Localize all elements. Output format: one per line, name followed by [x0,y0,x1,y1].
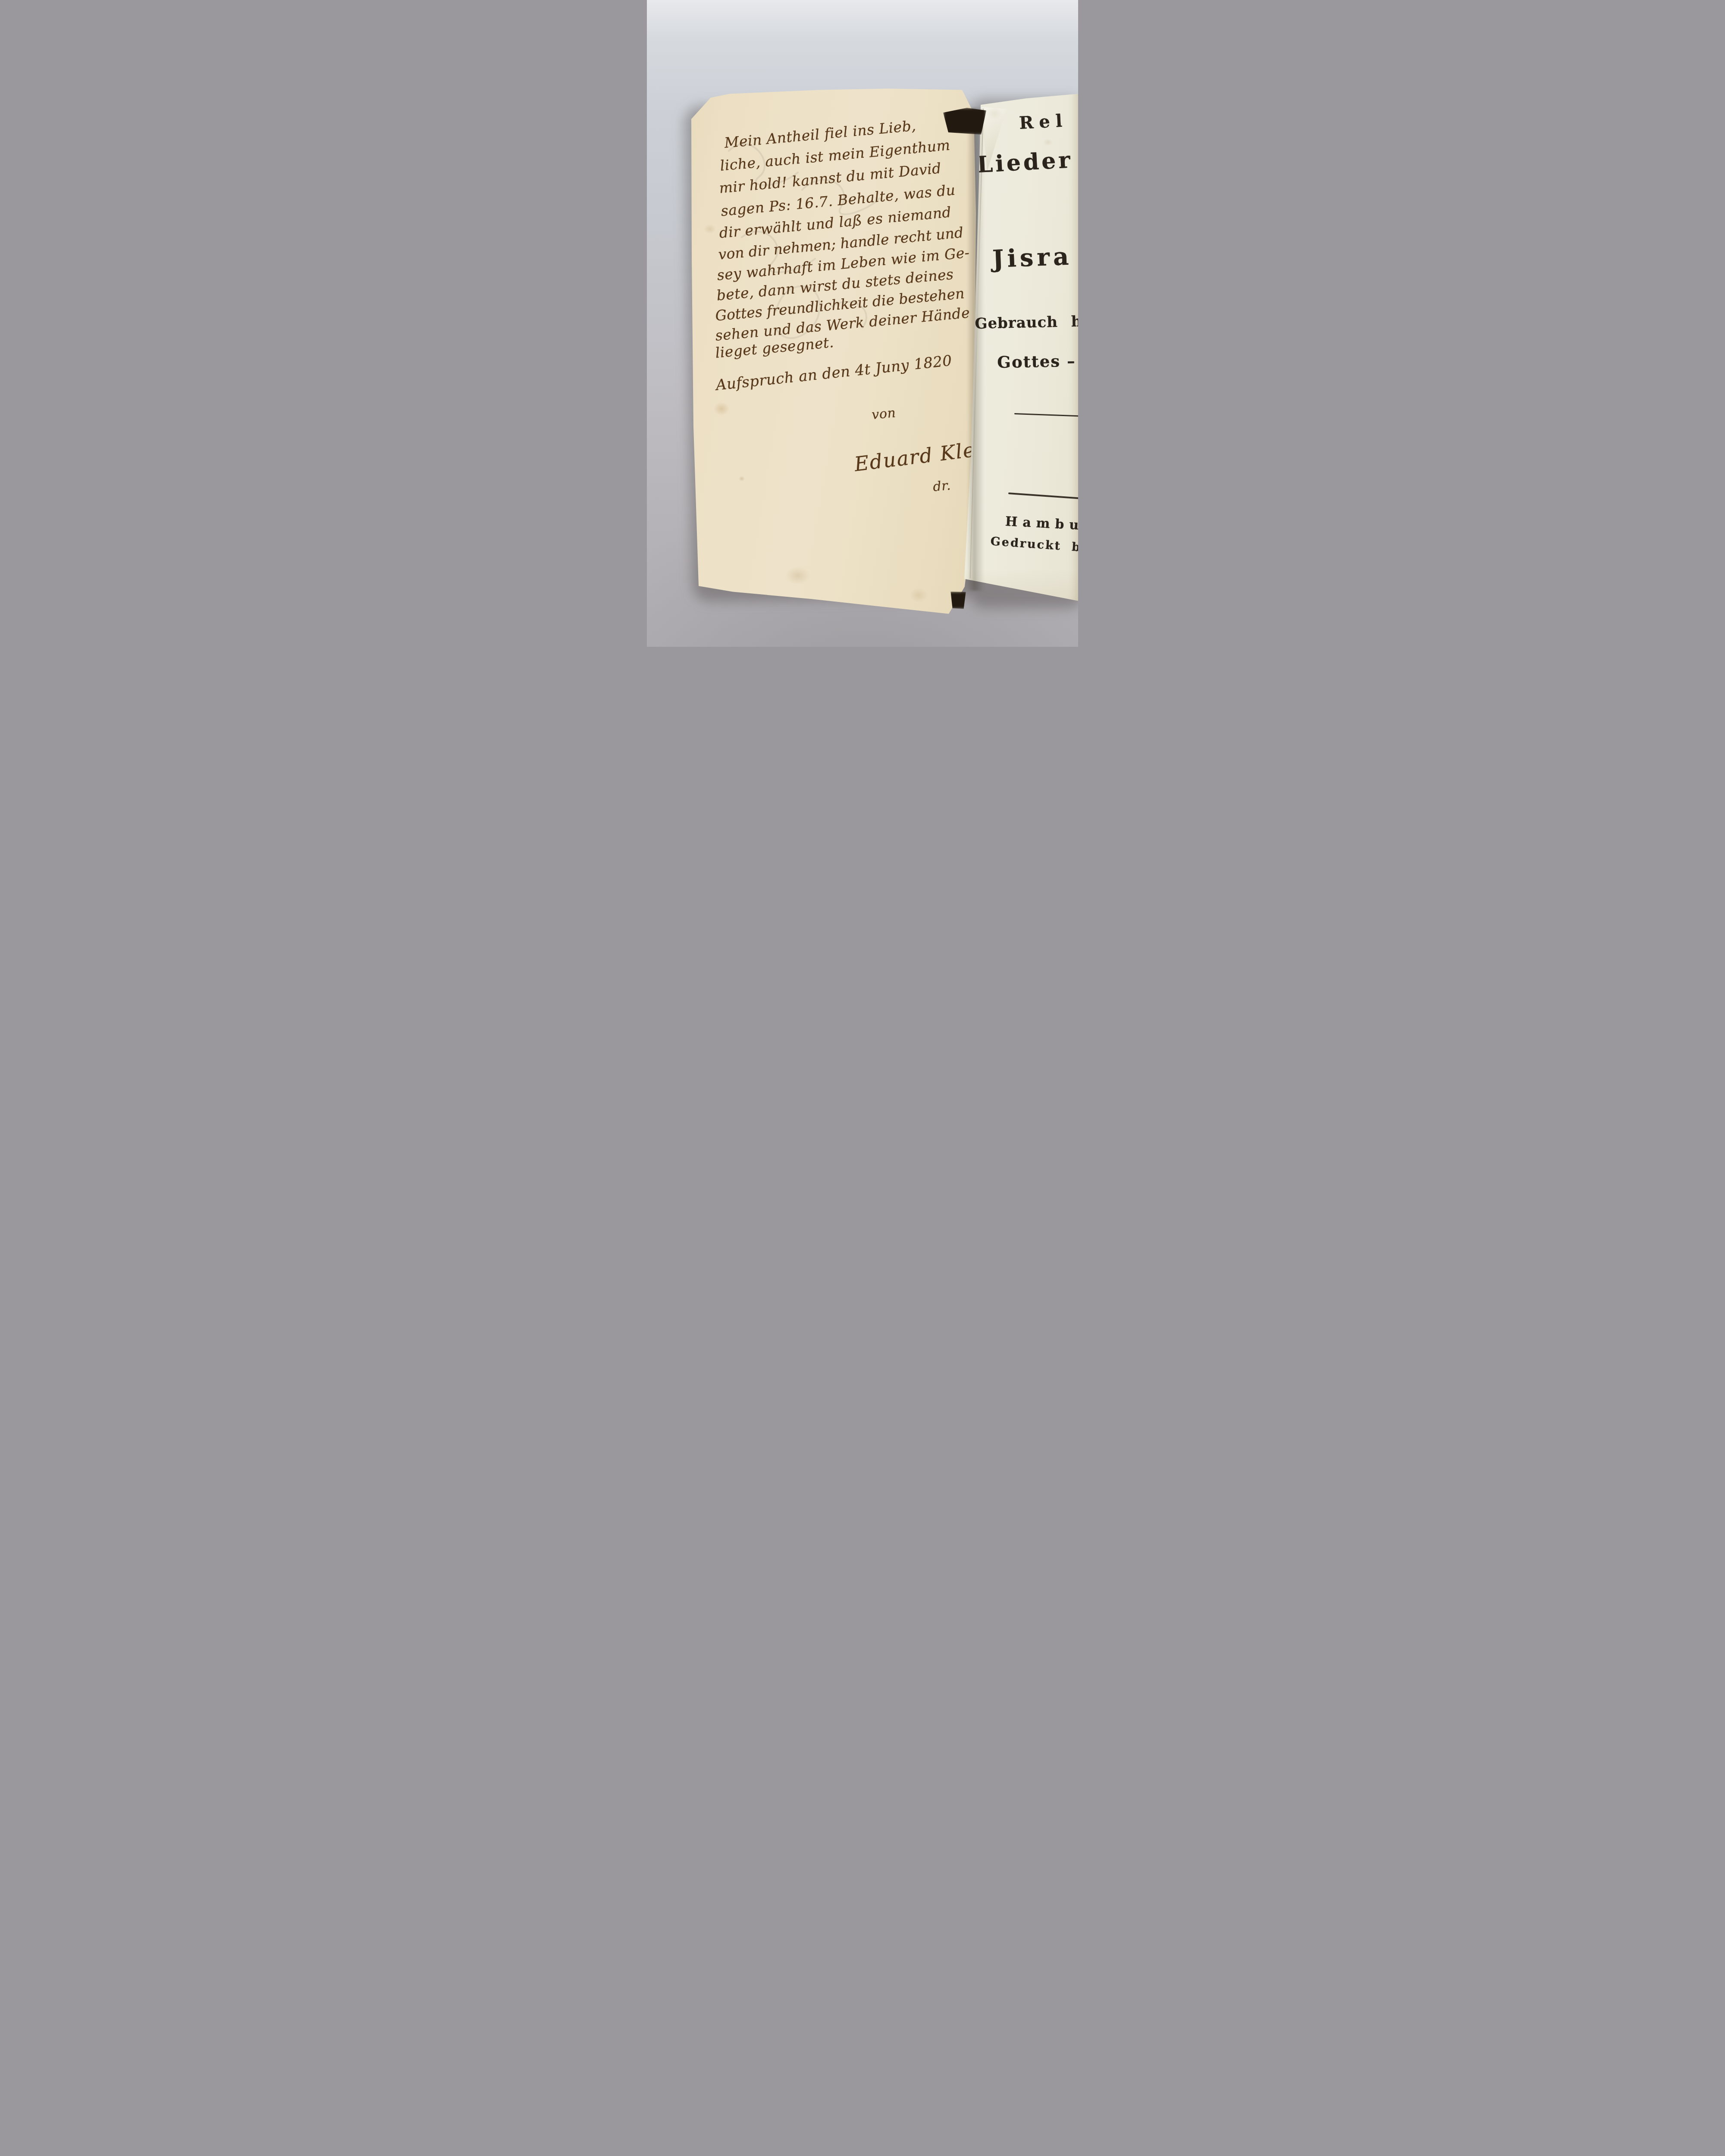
printed-subtitle-line-2: Gottes – [997,351,1076,372]
printed-rule [1014,413,1078,417]
book-photograph: Mein Antheil fiel ins Lieb, liche, auch … [647,0,1078,647]
printed-subtitle-line-1: Gebrauch häusli [975,312,1078,332]
printed-city-line: Hambu [1005,514,1078,533]
spine-binding-top [943,108,986,135]
printed-title-line-1: Rel [1019,110,1068,133]
handwritten-signature-suffix: dr. [932,478,951,494]
printed-rule [1008,492,1078,500]
gutter-shadow [967,108,984,591]
printed-imprint-line: Gedruckt bey [990,535,1078,555]
handwritten-von: von [871,405,897,423]
printed-title-line-3: Jisra [992,242,1073,273]
